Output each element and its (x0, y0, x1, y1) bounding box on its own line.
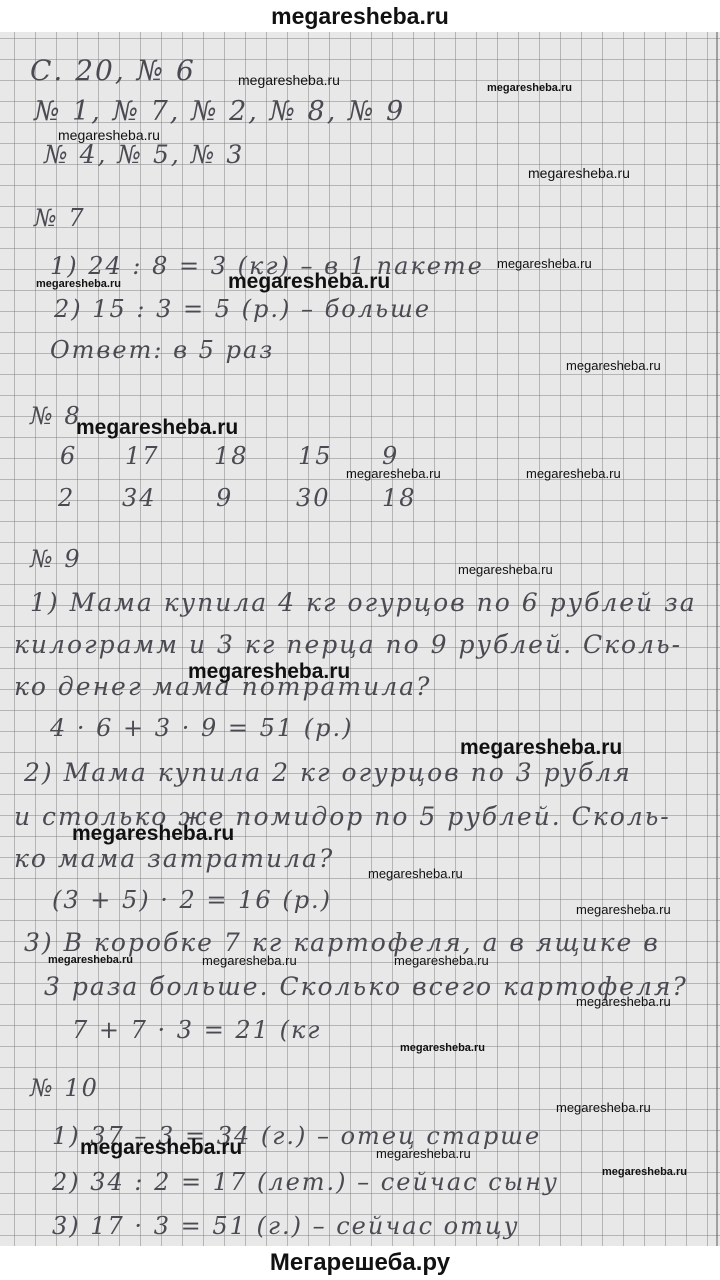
watermark: megaresheba.ru (202, 953, 297, 968)
task8-cell: 9 (216, 484, 233, 512)
task9-p3-solution: 7 + 7 · 3 = 21 (кг (72, 1016, 321, 1044)
task8-cell: 30 (296, 484, 331, 512)
watermark: megaresheba.ru (556, 1100, 651, 1115)
task8-label: № 8 (30, 402, 82, 430)
watermark: megaresheba.ru (376, 1146, 471, 1161)
task-order-line-1: № 1, № 7, № 2, № 8, № 9 (34, 96, 405, 127)
notebook-page: С. 20, № 6 № 1, № 7, № 2, № 8, № 9 № 4, … (0, 32, 720, 1246)
task7-answer: Ответ: в 5 раз (50, 336, 274, 364)
watermark: megaresheba.ru (76, 416, 238, 440)
watermark: megaresheba.ru (346, 466, 441, 481)
watermark: megaresheba.ru (48, 954, 133, 966)
task8-cell: 6 (60, 442, 77, 470)
task8-cell: 15 (298, 442, 333, 470)
watermark: megaresheba.ru (458, 562, 553, 577)
watermark: megaresheba.ru (526, 466, 621, 481)
task8-cell: 18 (214, 442, 249, 470)
watermark: megaresheba.ru (528, 165, 630, 181)
watermark: megaresheba.ru (576, 994, 671, 1009)
task10-step2: 2) 34 : 2 = 17 (лет.) – сейчас сыну (52, 1168, 559, 1196)
watermark: megaresheba.ru (400, 1042, 485, 1054)
task9-p1-line2: килограмм и 3 кг перца по 9 рублей. Скол… (14, 630, 682, 659)
task8-cell: 17 (125, 442, 160, 470)
watermark: megaresheba.ru (576, 902, 671, 917)
site-header: megaresheba.ru (0, 0, 720, 32)
task9-label: № 9 (30, 545, 82, 573)
watermark: megaresheba.ru (602, 1166, 687, 1178)
task7-step2: 2) 15 : 3 = 5 (р.) – больше (54, 295, 431, 323)
watermark: megaresheba.ru (368, 866, 463, 881)
watermark: megaresheba.ru (72, 822, 234, 846)
task8-cell: 34 (122, 484, 157, 512)
watermark: megaresheba.ru (188, 660, 350, 684)
watermark: megaresheba.ru (460, 736, 622, 760)
task10-step3: 3) 17 · 3 = 51 (г.) – сейчас отцу (52, 1212, 520, 1240)
page-heading: С. 20, № 6 (30, 54, 196, 87)
watermark: megaresheba.ru (238, 72, 340, 88)
task9-p1-solution: 4 · 6 + 3 · 9 = 51 (р.) (50, 714, 353, 742)
task9-p2-line3: ко мама затратила? (14, 844, 334, 873)
watermark: megaresheba.ru (36, 278, 121, 290)
watermark: megaresheba.ru (394, 953, 489, 968)
site-footer: Мегарешеба.ру (0, 1246, 720, 1280)
site-title: megaresheba.ru (271, 3, 449, 29)
task10-label: № 10 (30, 1074, 99, 1102)
task9-p3-line1: 3) В коробке 7 кг картофеля, а в ящике в (24, 928, 660, 957)
watermark: megaresheba.ru (497, 256, 592, 271)
task8-cell: 18 (382, 484, 417, 512)
watermark: megaresheba.ru (566, 358, 661, 373)
watermark: megaresheba.ru (228, 270, 390, 294)
task9-p2-line1: 2) Мама купила 2 кг огурцов по 3 рубля (24, 758, 632, 787)
watermark: megaresheba.ru (58, 127, 160, 143)
watermark: megaresheba.ru (80, 1136, 242, 1160)
task9-p1-line1: 1) Мама купила 4 кг огурцов по 6 рублей … (30, 588, 697, 617)
task7-label: № 7 (34, 204, 86, 232)
watermark: megaresheba.ru (487, 82, 572, 94)
task9-p2-solution: (3 + 5) · 2 = 16 (р.) (52, 886, 332, 914)
site-footer-title: Мегарешеба.ру (270, 1249, 450, 1276)
task-order-line-2: № 4, № 5, № 3 (44, 140, 244, 169)
task8-cell: 2 (58, 484, 75, 512)
